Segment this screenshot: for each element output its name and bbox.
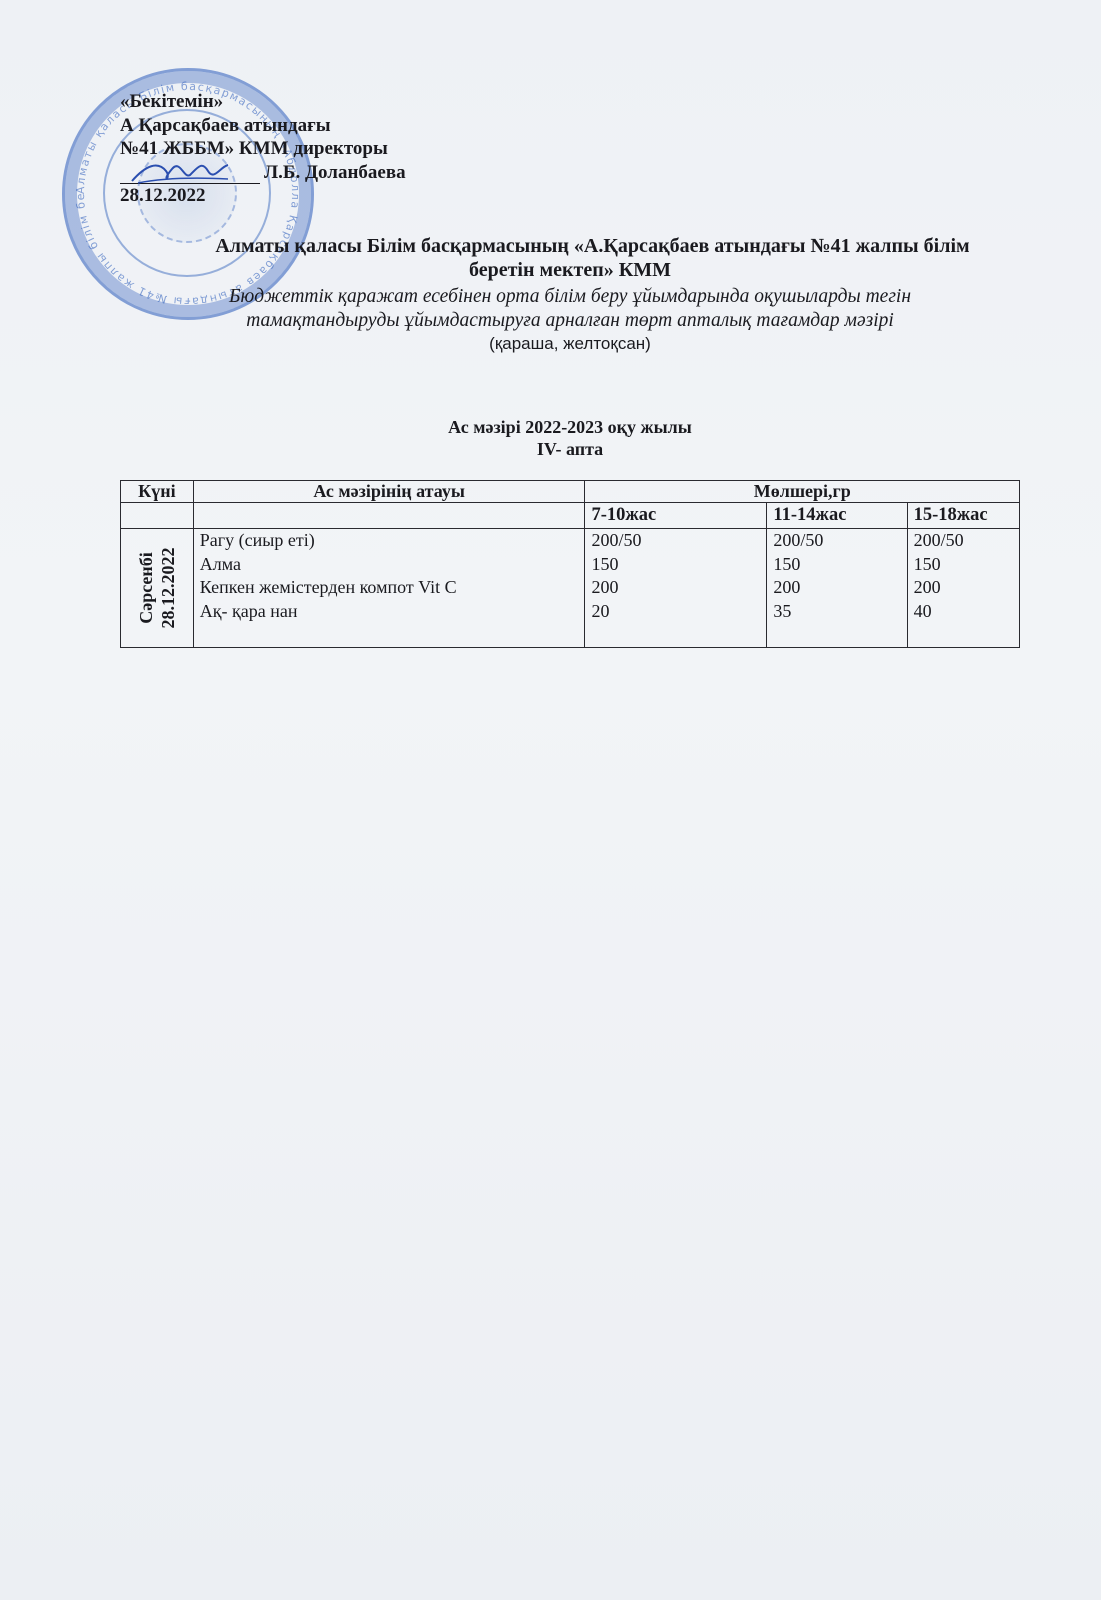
age-group-11-14: 11-14жас — [767, 503, 907, 529]
approval-block: «Бекітемін» А Қарсақбаев атындағы №41 ЖБ… — [120, 90, 406, 208]
amount-value: 35 — [773, 600, 900, 624]
weekday: Сәрсенбі — [135, 548, 157, 629]
age-group-7-10: 7-10жас — [585, 503, 767, 529]
approval-date: 28.12.2022 — [120, 184, 406, 208]
menu-table: Күні Ас мәзірінің атауы Мөлшері,гр 7-10ж… — [120, 480, 1020, 648]
school-heading: Алматы қаласы Білім басқармасының «А.Қар… — [100, 234, 1040, 282]
menu-title-year: Ас мәзірі 2022-2023 оқу жылы — [100, 416, 1040, 438]
months-note: (қараша, желтоқсан) — [100, 334, 1040, 354]
subheader-empty-day — [121, 503, 194, 529]
day-label-vertical: Сәрсенбі 28.12.2022 — [135, 548, 179, 629]
dish-item: Кепкен жемістерден компот Vit C — [200, 576, 579, 600]
header-dish-name: Ас мәзірінің атауы — [193, 481, 585, 503]
signatory-name: Л.Б. Доланбаева — [264, 162, 406, 183]
header-amount: Мөлшері,гр — [585, 481, 1020, 503]
heading-line-2: беретін мектеп» КММ — [100, 258, 1040, 282]
amount-value: 20 — [591, 600, 760, 624]
subtitle-line-2: тамақтандыруды ұйымдастыруға арналған тө… — [100, 309, 1040, 333]
menu-title-week: IV- апта — [100, 438, 1040, 460]
amounts-15-18: 200/50 150 200 40 — [907, 529, 1019, 648]
dish-list: Рагу (сиыр еті) Алма Кепкен жемістерден … — [193, 529, 585, 648]
amounts-11-14: 200/50 150 200 35 — [767, 529, 907, 648]
amount-value: 200/50 — [914, 529, 1013, 553]
signature-icon — [128, 157, 238, 187]
header-day: Күні — [121, 481, 194, 503]
table-header-row: Күні Ас мәзірінің атауы Мөлшері,гр — [121, 481, 1020, 503]
heading-line-1: Алматы қаласы Білім басқармасының «А.Қар… — [100, 234, 1040, 258]
amount-value: 150 — [591, 553, 760, 577]
subtitle-line-1: Бюджеттік қаражат есебінен орта білім бе… — [100, 285, 1040, 309]
amount-value: 200 — [773, 576, 900, 600]
amount-value: 150 — [773, 553, 900, 577]
approval-title: «Бекітемін» — [120, 90, 406, 114]
signature-line — [120, 165, 260, 184]
subheader-empty-name — [193, 503, 585, 529]
amount-value: 200 — [591, 576, 760, 600]
amount-value: 200/50 — [591, 529, 760, 553]
amount-value: 200 — [914, 576, 1013, 600]
amount-value: 150 — [914, 553, 1013, 577]
signature-row: Л.Б. Доланбаева — [120, 161, 406, 185]
amount-value: 40 — [914, 600, 1013, 624]
age-group-15-18: 15-18жас — [907, 503, 1019, 529]
menu-title: Ас мәзірі 2022-2023 оқу жылы IV- апта — [100, 416, 1040, 460]
approval-line-1: А Қарсақбаев атындағы — [120, 114, 406, 138]
dish-item: Алма — [200, 553, 579, 577]
amount-value: 200/50 — [773, 529, 900, 553]
row-date: 28.12.2022 — [157, 548, 179, 629]
table-row: Сәрсенбі 28.12.2022 Рагу (сиыр еті) Алма… — [121, 529, 1020, 648]
table-subheader-row: 7-10жас 11-14жас 15-18жас — [121, 503, 1020, 529]
day-cell: Сәрсенбі 28.12.2022 — [121, 529, 194, 648]
dish-item: Рагу (сиыр еті) — [200, 529, 579, 553]
dish-item: Ақ- қара нан — [200, 600, 579, 624]
document-subtitle: Бюджеттік қаражат есебінен орта білім бе… — [100, 285, 1040, 333]
amounts-7-10: 200/50 150 200 20 — [585, 529, 767, 648]
